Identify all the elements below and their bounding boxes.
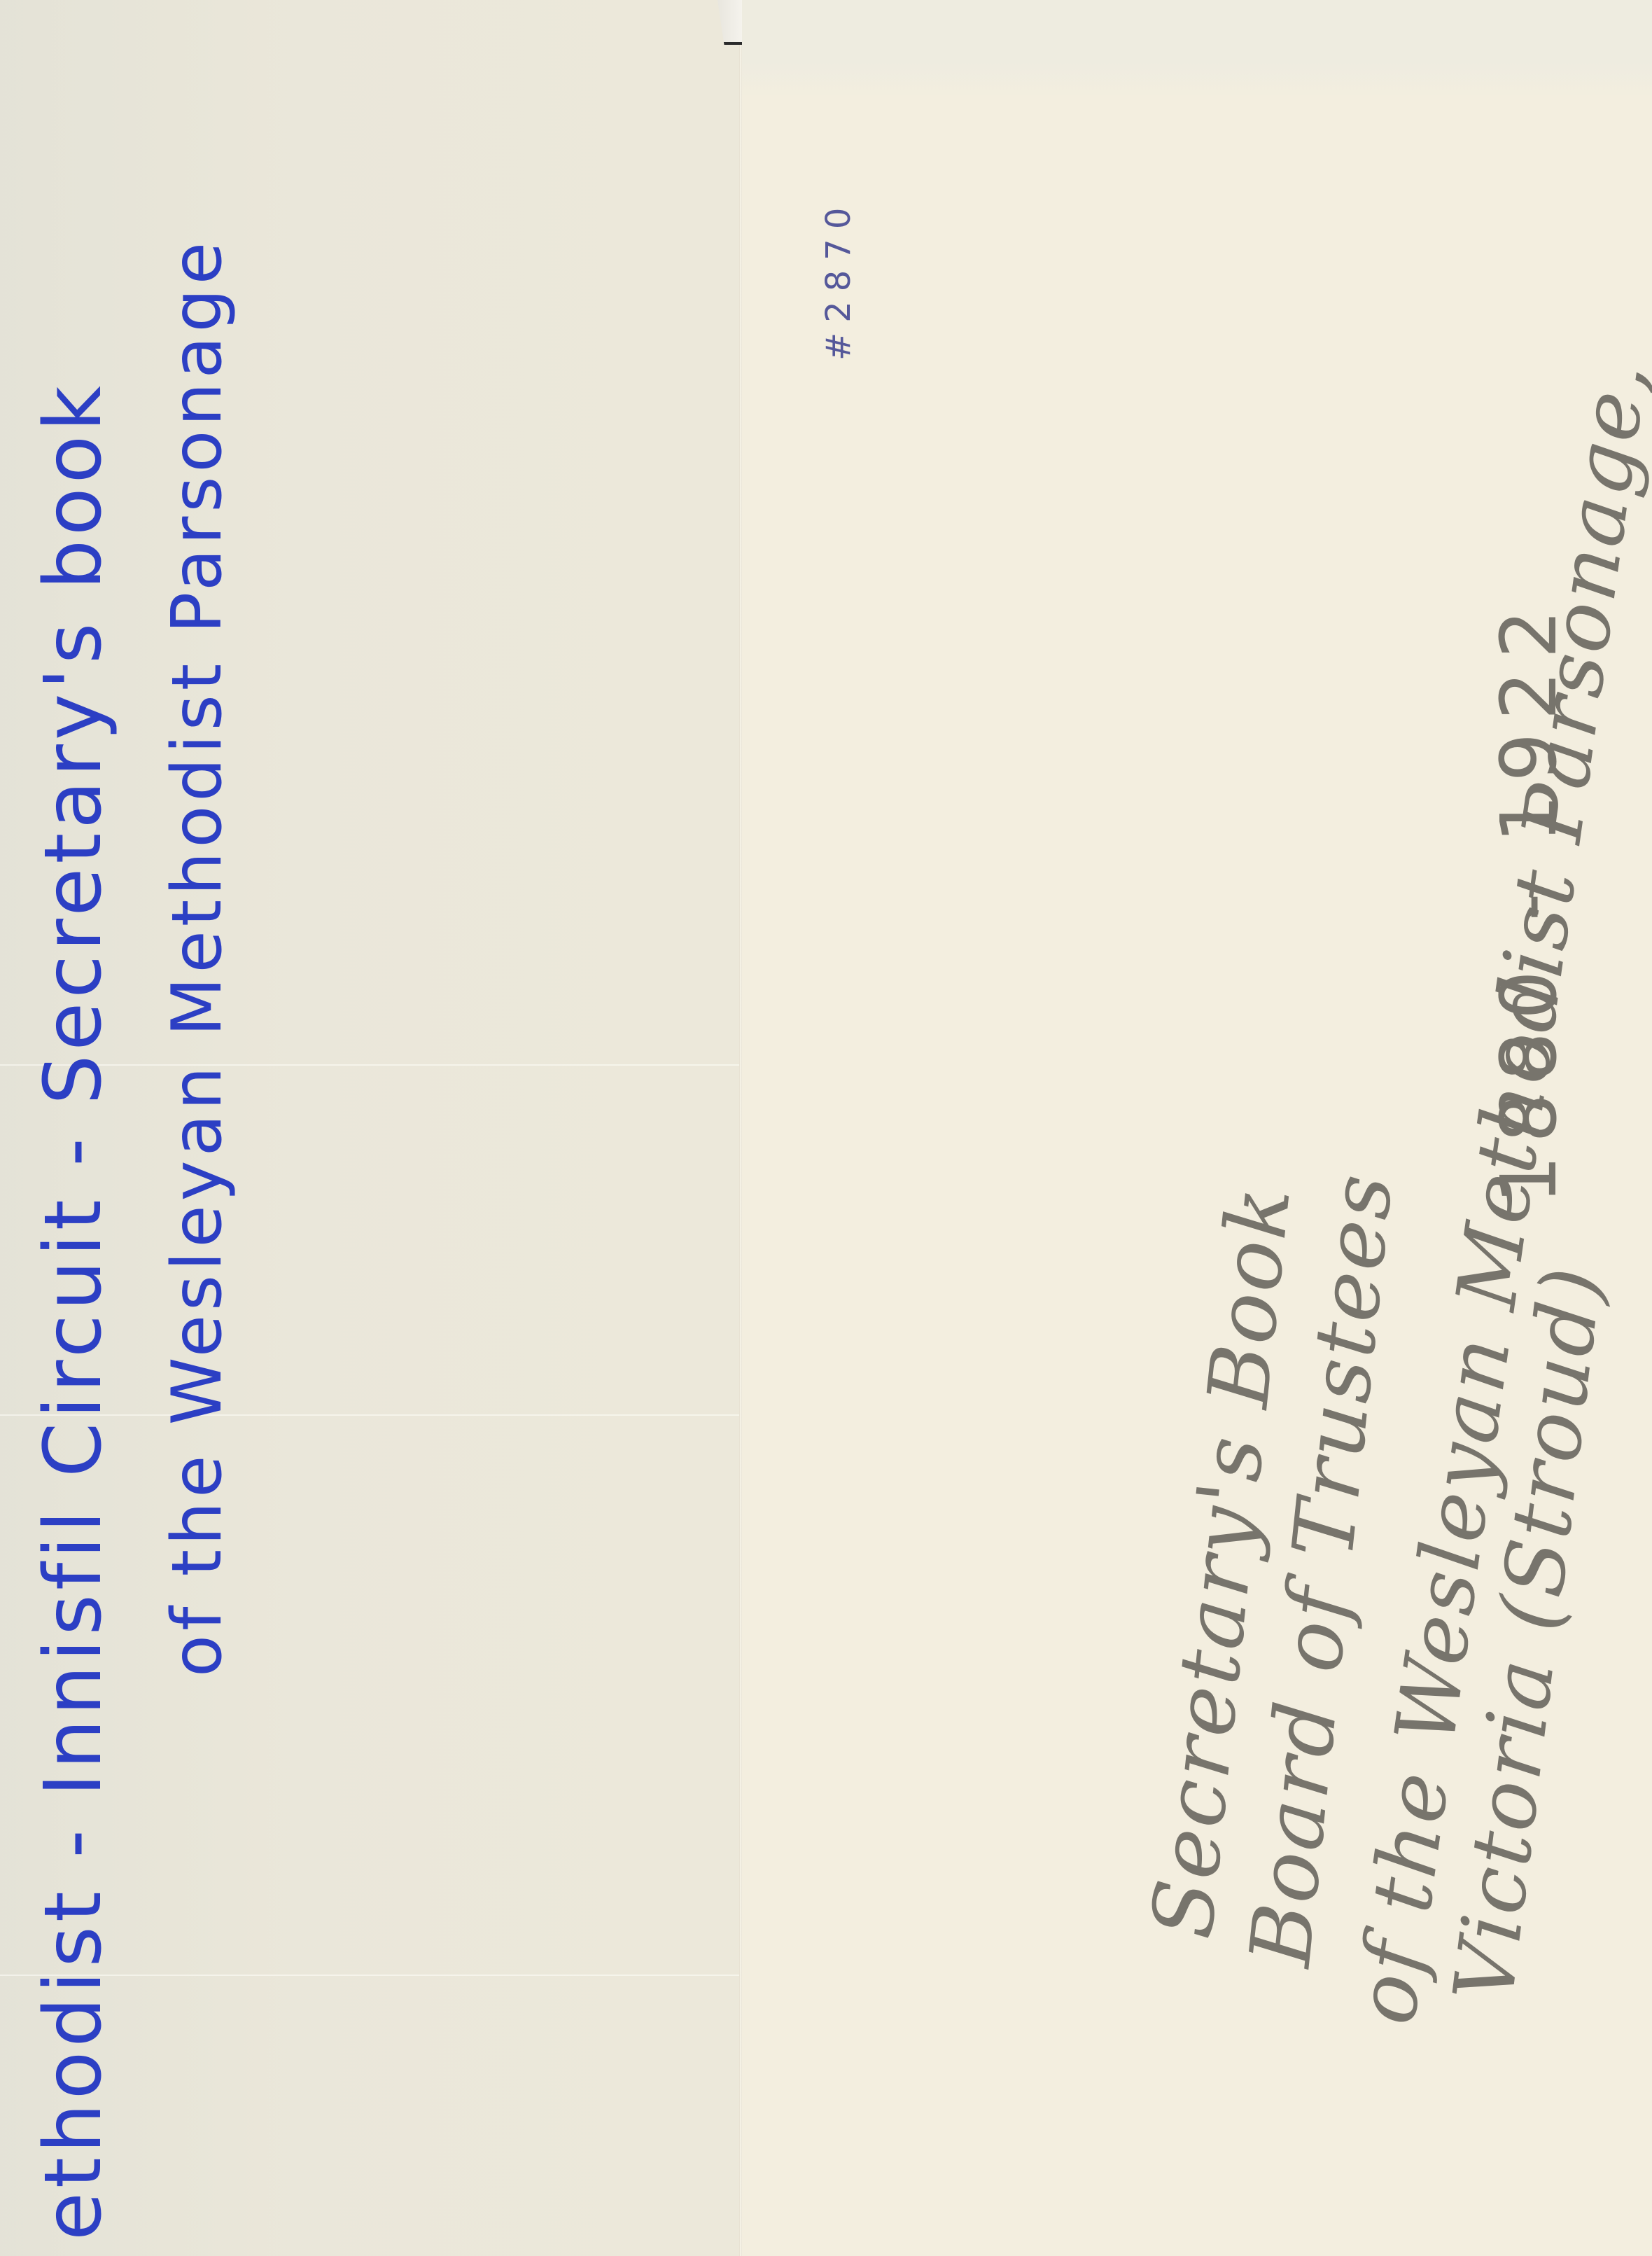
scanned-document: ethodist - Innisfil Circuit - Secretary'…	[0, 0, 1652, 2256]
blue-heading-line-2: of the Wesleyan Methodist Parsonage	[157, 238, 237, 1677]
right-sheet: #2870 Secretary's Book Board of Trustees…	[742, 0, 1652, 2256]
catalog-number: #2870	[819, 198, 858, 361]
date-range: 1880 - 1922	[1484, 597, 1574, 1204]
blue-heading-line-1: ethodist - Innisfil Circuit - Secretary'…	[28, 382, 119, 2241]
left-sheet: ethodist - Innisfil Circuit - Secretary'…	[0, 0, 741, 2256]
